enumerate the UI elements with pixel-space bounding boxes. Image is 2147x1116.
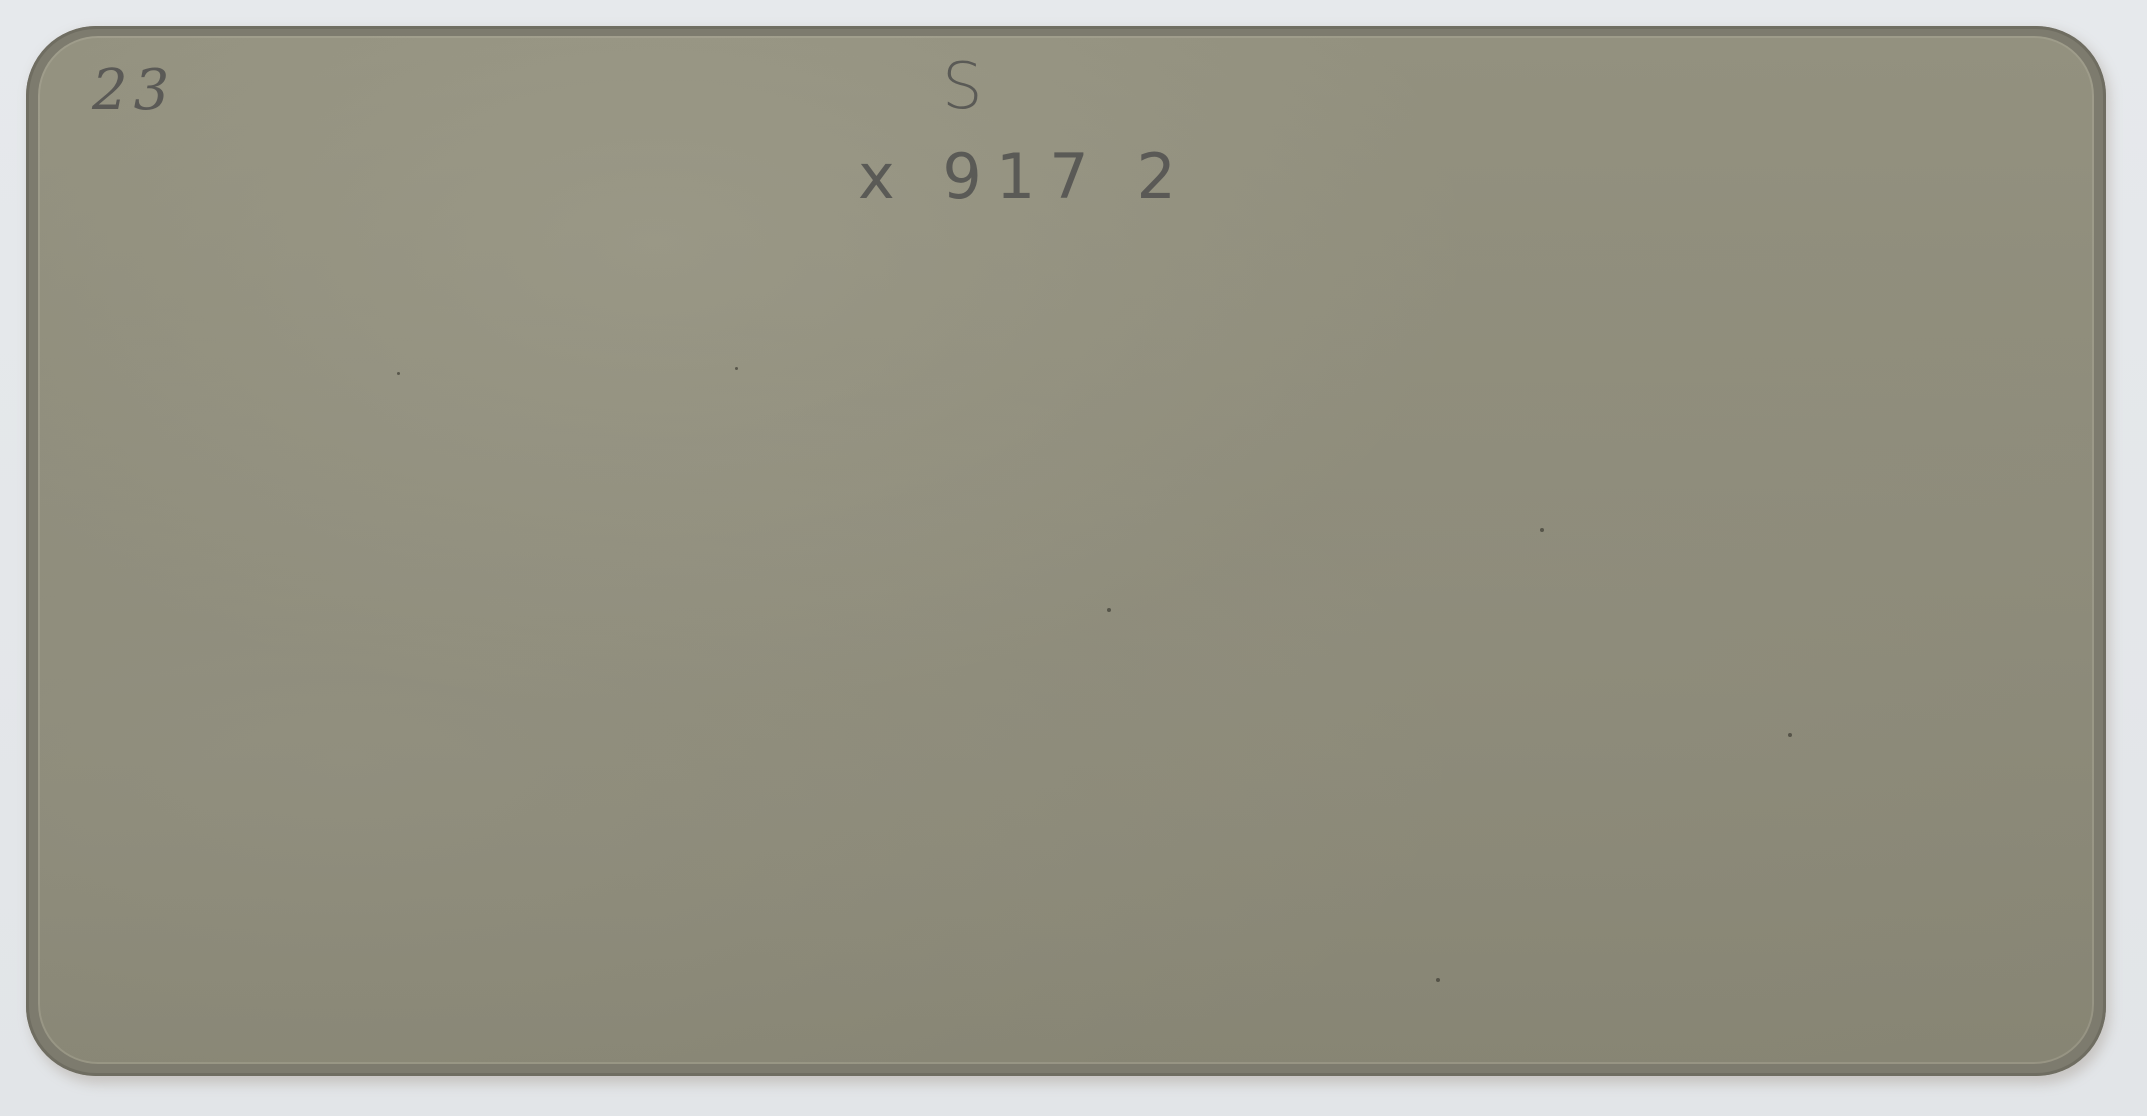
paper-speck — [1788, 733, 1792, 737]
handwritten-catalog-number: x 917 2 — [858, 140, 1190, 213]
paper-speck — [1107, 608, 1111, 612]
paper-speck — [397, 372, 400, 375]
handwritten-letter: S — [942, 50, 989, 124]
paper-speck — [1540, 528, 1544, 532]
handwritten-corner-number: 23 — [92, 58, 175, 123]
scan-background: 23 S x 917 2 — [0, 0, 2147, 1116]
paper-speck — [1436, 978, 1440, 982]
paper-speck — [735, 367, 738, 370]
